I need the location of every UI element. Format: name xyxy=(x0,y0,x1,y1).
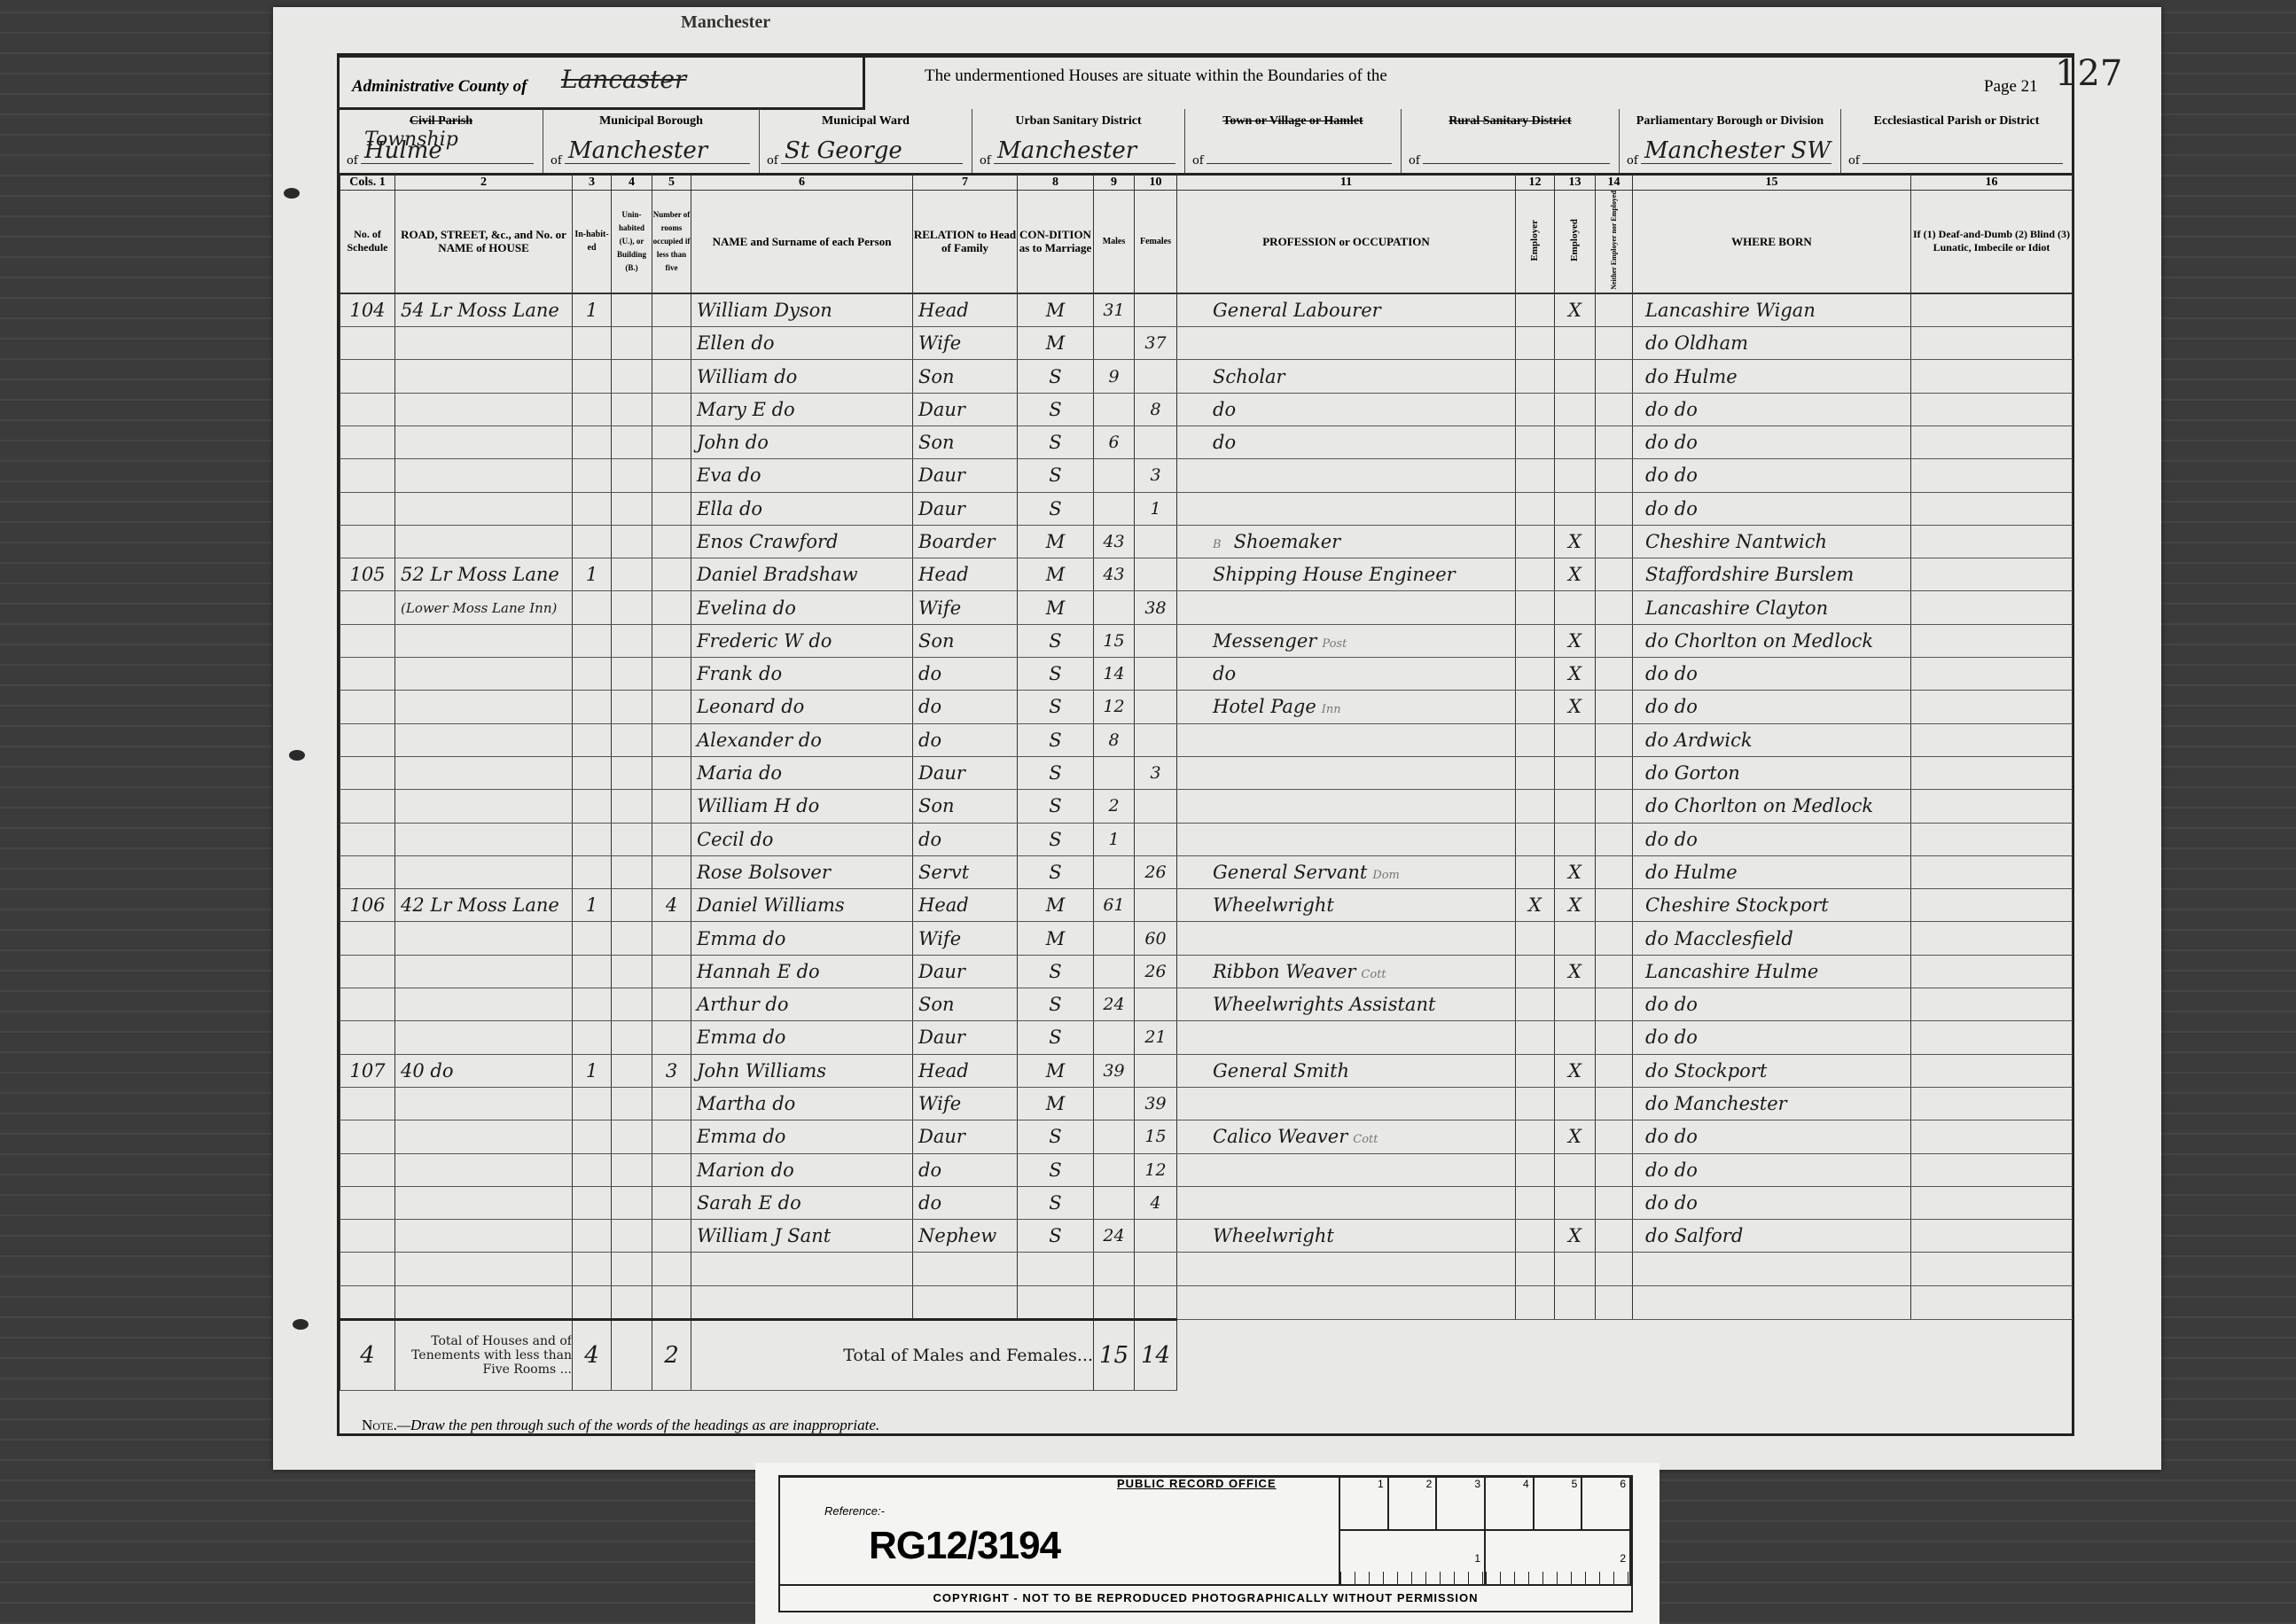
occupation-cell xyxy=(1177,790,1516,823)
occupation-cell: Ribbon WeaverCott xyxy=(1177,955,1516,988)
male-age-cell: 8 xyxy=(1094,723,1135,756)
employer-cell xyxy=(1516,790,1555,823)
inhabited-cell xyxy=(573,525,612,558)
employer-cell xyxy=(1516,723,1555,756)
infirmity-cell xyxy=(1911,525,2073,558)
ruler-inch: 1 2 xyxy=(1340,1531,1631,1584)
occupation-text: Messenger xyxy=(1213,630,1316,652)
where-born-cell: do do xyxy=(1633,1120,1911,1153)
occupation-annotation: Cott xyxy=(1353,1133,1378,1146)
name-cell: John Williams xyxy=(691,1054,913,1087)
employer-cell xyxy=(1516,1120,1555,1153)
table-row: Emma doDaurS21do do xyxy=(340,1021,2073,1054)
inhabited-cell xyxy=(573,855,612,888)
uninhabited-cell xyxy=(612,360,652,393)
total-schedules: 4 xyxy=(340,1319,395,1390)
rooms-cell xyxy=(652,723,691,756)
occupation-annotation: Cott xyxy=(1361,968,1386,981)
infirmity-cell xyxy=(1911,790,2073,823)
name-cell: Frederic W do xyxy=(691,624,913,657)
female-age-cell: 38 xyxy=(1135,591,1177,624)
employed-cell xyxy=(1555,327,1596,360)
of-label: of xyxy=(980,154,991,168)
total-houses-label: Total of Houses and of Tenements with le… xyxy=(395,1319,573,1390)
table-row: Arthur doSonS24Wheelwrights Assistantdo … xyxy=(340,988,2073,1021)
uninhabited-cell xyxy=(612,823,652,855)
occupation-cell xyxy=(1177,459,1516,492)
where-born-cell: do do xyxy=(1633,1186,1911,1219)
road-cell xyxy=(395,624,573,657)
totals-blank xyxy=(1177,1319,2073,1390)
employed-cell xyxy=(1555,790,1596,823)
occupation-cell xyxy=(1177,327,1516,360)
rooms-cell xyxy=(652,855,691,888)
condition-cell: S xyxy=(1018,492,1094,525)
relation-cell: do xyxy=(913,1186,1018,1219)
ruler-tick: 2 xyxy=(1389,1478,1438,1529)
name-cell: Hannah E do xyxy=(691,955,913,988)
condition-cell: S xyxy=(1018,955,1094,988)
occupation-cell: General Smith xyxy=(1177,1054,1516,1087)
where-born-cell: do Chorlton on Medlock xyxy=(1633,790,1911,823)
header-rooms: Number of rooms occupied if less than fi… xyxy=(652,191,691,293)
employer-label: Employer xyxy=(1528,220,1542,261)
inhabited-cell: 1 xyxy=(573,889,612,922)
boundary-town-village: Town or Village or Hamlet of xyxy=(1185,109,1402,173)
inhabited-cell xyxy=(573,492,612,525)
table-row: Cecil dodoS1do do xyxy=(340,823,2073,855)
infirmity-cell xyxy=(1911,1021,2073,1054)
where-born-cell: do do xyxy=(1633,393,1911,426)
inhabited-cell xyxy=(573,790,612,823)
uninhabited-cell xyxy=(612,1186,652,1219)
relation-cell: Daur xyxy=(913,756,1018,789)
road-cell xyxy=(395,426,573,458)
name-cell: Frank do xyxy=(691,658,913,691)
fill-line xyxy=(1207,163,1392,164)
table-row: Mary E doDaurS8dodo do xyxy=(340,393,2073,426)
female-age-cell: 26 xyxy=(1135,855,1177,888)
ruler-tick: 1 xyxy=(1340,1531,1486,1584)
rooms-cell xyxy=(652,1120,691,1153)
occupation-cell xyxy=(1177,1285,1516,1319)
neither-cell xyxy=(1596,624,1633,657)
employed-cell xyxy=(1555,1087,1596,1120)
table-row: Hannah E doDaurS26Ribbon WeaverCottXLanc… xyxy=(340,955,2073,988)
table-row: Alexander dodoS8do Ardwick xyxy=(340,723,2073,756)
uninhabited-cell xyxy=(612,393,652,426)
female-age-cell xyxy=(1135,558,1177,591)
where-born-cell: do Manchester xyxy=(1633,1087,1911,1120)
male-age-cell xyxy=(1094,327,1135,360)
road-cell: (Lower Moss Lane Inn) xyxy=(395,591,573,624)
where-born-cell: Cheshire Stockport xyxy=(1633,889,1911,922)
reference-label: Reference:- xyxy=(824,1504,885,1518)
of-label: of xyxy=(347,154,358,168)
where-born-cell: do do xyxy=(1633,1153,1911,1186)
male-age-cell xyxy=(1094,459,1135,492)
occupation-annotation: Post xyxy=(1322,637,1347,651)
occupation-cell: Calico WeaverCott xyxy=(1177,1120,1516,1153)
employer-cell xyxy=(1516,855,1555,888)
table-row: Frederic W doSonS15MessengerPostXdo Chor… xyxy=(340,624,2073,657)
road-cell xyxy=(395,790,573,823)
total-mf-label: Total of Males and Females... xyxy=(691,1319,1094,1390)
uninhabited-cell xyxy=(612,525,652,558)
col-num: 7 xyxy=(913,174,1018,191)
neither-cell xyxy=(1596,492,1633,525)
rooms-cell xyxy=(652,293,691,327)
rooms-cell xyxy=(652,988,691,1021)
inhabited-cell xyxy=(573,1021,612,1054)
infirmity-cell xyxy=(1911,855,2073,888)
schedule-cell xyxy=(340,492,395,525)
schedule-cell xyxy=(340,591,395,624)
where-born-cell: do Macclesfield xyxy=(1633,922,1911,955)
rooms-cell xyxy=(652,691,691,723)
rooms-cell xyxy=(652,1285,691,1319)
archive-heading: PUBLIC RECORD OFFICE xyxy=(1117,1477,1277,1490)
occupation-cell: Wheelwright xyxy=(1177,889,1516,922)
totals-section: 4 Total of Houses and of Tenements with … xyxy=(340,1319,2073,1390)
condition-cell: M xyxy=(1018,327,1094,360)
road-cell xyxy=(395,459,573,492)
condition-cell: S xyxy=(1018,1186,1094,1219)
neither-cell xyxy=(1596,1285,1633,1319)
punch-hole xyxy=(284,188,300,199)
col-num: Cols. 1 xyxy=(340,174,395,191)
table-row: Frank dodoS14doXdo do xyxy=(340,658,2073,691)
schedule-cell xyxy=(340,691,395,723)
boundary-label: Civil Parish xyxy=(410,114,472,128)
table-row: Rose BolsoverServtS26General ServantDomX… xyxy=(340,855,2073,888)
male-age-cell: 14 xyxy=(1094,658,1135,691)
rooms-cell xyxy=(652,922,691,955)
where-born-cell xyxy=(1633,1285,1911,1319)
totals-row: 4 Total of Houses and of Tenements with … xyxy=(340,1319,2073,1390)
occupation-cell xyxy=(1177,1087,1516,1120)
inhabited-cell: 1 xyxy=(573,558,612,591)
rooms-cell: 4 xyxy=(652,889,691,922)
place-stamp: Manchester xyxy=(681,12,770,33)
table-row: Enos CrawfordBoarderM43BShoemakerXCheshi… xyxy=(340,525,2073,558)
relation-cell: do xyxy=(913,823,1018,855)
male-age-cell: 6 xyxy=(1094,426,1135,458)
female-age-cell xyxy=(1135,1220,1177,1253)
female-age-cell xyxy=(1135,1253,1177,1285)
table-row: William doSonS9Scholardo Hulme xyxy=(340,360,2073,393)
schedule-cell xyxy=(340,525,395,558)
employed-label: Employed xyxy=(1568,219,1581,262)
schedule-cell xyxy=(340,855,395,888)
header-inhabited: In-habit-ed xyxy=(573,191,612,293)
employed-cell xyxy=(1555,1285,1596,1319)
employer-cell xyxy=(1516,426,1555,458)
name-cell: Enos Crawford xyxy=(691,525,913,558)
name-cell: Daniel Bradshaw xyxy=(691,558,913,591)
punch-hole xyxy=(289,750,305,761)
relation-cell xyxy=(913,1253,1018,1285)
relation-cell: Son xyxy=(913,988,1018,1021)
occupation-text: General Labourer xyxy=(1213,300,1381,321)
road-cell xyxy=(395,823,573,855)
table-row: Eva doDaurS3do do xyxy=(340,459,2073,492)
uninhabited-cell xyxy=(612,922,652,955)
employer-cell xyxy=(1516,691,1555,723)
condition-cell: S xyxy=(1018,756,1094,789)
rooms-cell xyxy=(652,756,691,789)
inhabited-cell: 1 xyxy=(573,293,612,327)
road-cell xyxy=(395,723,573,756)
header-males: Males xyxy=(1094,191,1135,293)
infirmity-cell xyxy=(1911,1153,2073,1186)
female-age-cell: 1 xyxy=(1135,492,1177,525)
neither-cell xyxy=(1596,327,1633,360)
female-age-cell xyxy=(1135,691,1177,723)
name-cell: Cecil do xyxy=(691,823,913,855)
footnote-text: —Draw the pen through such of the words … xyxy=(397,1417,879,1433)
female-age-cell: 3 xyxy=(1135,459,1177,492)
where-born-cell: do Ardwick xyxy=(1633,723,1911,756)
name-cell: Marion do xyxy=(691,1153,913,1186)
female-age-cell: 12 xyxy=(1135,1153,1177,1186)
inhabited-cell xyxy=(573,459,612,492)
employer-cell xyxy=(1516,624,1555,657)
female-age-cell xyxy=(1135,823,1177,855)
relation-cell: Son xyxy=(913,790,1018,823)
name-cell: Rose Bolsover xyxy=(691,855,913,888)
condition-cell: S xyxy=(1018,426,1094,458)
employer-cell xyxy=(1516,558,1555,591)
schedule-cell: 105 xyxy=(340,558,395,591)
male-age-cell xyxy=(1094,1087,1135,1120)
employed-cell: X xyxy=(1555,1120,1596,1153)
inhabited-cell xyxy=(573,955,612,988)
header-occupation: PROFESSION or OCCUPATION xyxy=(1177,191,1516,293)
col-num: 2 xyxy=(395,174,573,191)
schedule-cell xyxy=(340,1087,395,1120)
occupation-cell xyxy=(1177,723,1516,756)
female-age-cell xyxy=(1135,1054,1177,1087)
male-age-cell xyxy=(1094,1253,1135,1285)
rooms-cell xyxy=(652,1253,691,1285)
uninhabited-cell xyxy=(612,1054,652,1087)
relation-cell: Daur xyxy=(913,459,1018,492)
schedule-cell xyxy=(340,823,395,855)
schedule-cell xyxy=(340,393,395,426)
occupation-cell: Shipping House Engineer xyxy=(1177,558,1516,591)
relation-cell: Wife xyxy=(913,922,1018,955)
table-row: Marion dodoS12do do xyxy=(340,1153,2073,1186)
inhabited-cell xyxy=(573,691,612,723)
male-age-cell: 24 xyxy=(1094,988,1135,1021)
employed-cell xyxy=(1555,1153,1596,1186)
neither-cell xyxy=(1596,1054,1633,1087)
where-born-cell: do do xyxy=(1633,426,1911,458)
of-label: of xyxy=(551,154,562,168)
name-cell: Ella do xyxy=(691,492,913,525)
condition-cell: S xyxy=(1018,1120,1094,1153)
occupation-text: do xyxy=(1213,399,1236,420)
relation-cell: do xyxy=(913,723,1018,756)
table-row: Martha doWifeM39do Manchester xyxy=(340,1087,2073,1120)
road-cell xyxy=(395,1253,573,1285)
relation-cell: Wife xyxy=(913,591,1018,624)
employer-cell xyxy=(1516,823,1555,855)
schedule-cell xyxy=(340,426,395,458)
uninhabited-cell xyxy=(612,426,652,458)
name-cell: William Dyson xyxy=(691,293,913,327)
neither-cell xyxy=(1596,1186,1633,1219)
occupation-cell xyxy=(1177,492,1516,525)
of-label: of xyxy=(1192,154,1204,168)
male-age-cell xyxy=(1094,1186,1135,1219)
road-cell xyxy=(395,955,573,988)
employed-cell xyxy=(1555,426,1596,458)
uninhabited-cell xyxy=(612,591,652,624)
neither-cell xyxy=(1596,889,1633,922)
infirmity-cell xyxy=(1911,624,2073,657)
female-age-cell xyxy=(1135,723,1177,756)
schedule-cell xyxy=(340,790,395,823)
employer-cell xyxy=(1516,1253,1555,1285)
infirmity-cell xyxy=(1911,426,2073,458)
rooms-cell xyxy=(652,1153,691,1186)
female-age-cell xyxy=(1135,525,1177,558)
name-cell: Emma do xyxy=(691,1021,913,1054)
schedule-cell: 106 xyxy=(340,889,395,922)
uninhabited-cell xyxy=(612,558,652,591)
rooms-cell xyxy=(652,823,691,855)
road-cell xyxy=(395,360,573,393)
employed-cell: X xyxy=(1555,658,1596,691)
inhabited-cell xyxy=(573,327,612,360)
boundary-label: Urban Sanitary District xyxy=(972,114,1184,129)
condition-cell xyxy=(1018,1253,1094,1285)
uninhabited-cell xyxy=(612,293,652,327)
road-cell xyxy=(395,922,573,955)
infirmity-cell xyxy=(1911,1220,2073,1253)
col-num: 10 xyxy=(1135,174,1177,191)
where-born-cell: do Oldham xyxy=(1633,327,1911,360)
relation-cell xyxy=(913,1285,1018,1319)
ruler-tick: 1 xyxy=(1340,1478,1389,1529)
infirmity-cell xyxy=(1911,492,2073,525)
header-relation: RELATION to Head of Family xyxy=(913,191,1018,293)
uninhabited-cell xyxy=(612,855,652,888)
female-age-cell: 60 xyxy=(1135,922,1177,955)
ruler-cm: 1 2 3 4 5 6 xyxy=(1340,1478,1631,1531)
uninhabited-cell xyxy=(612,624,652,657)
uninhabited-cell xyxy=(612,459,652,492)
table-row: 10454 Lr Moss Lane1William DysonHeadM31G… xyxy=(340,293,2073,327)
neither-cell xyxy=(1596,1021,1633,1054)
ruler-tick: 2 xyxy=(1486,1531,1631,1584)
occupation-text: do xyxy=(1213,432,1236,453)
employer-cell xyxy=(1516,1054,1555,1087)
condition-cell: M xyxy=(1018,889,1094,922)
infirmity-cell xyxy=(1911,1087,2073,1120)
boundary-urban-sanitary: Urban Sanitary District of Manchester xyxy=(972,109,1185,173)
neither-cell xyxy=(1596,691,1633,723)
road-cell xyxy=(395,1120,573,1153)
condition-cell: M xyxy=(1018,1087,1094,1120)
condition-cell: S xyxy=(1018,988,1094,1021)
boundary-label: Town or Village or Hamlet xyxy=(1185,114,1401,129)
inhabited-cell xyxy=(573,1153,612,1186)
female-age-cell xyxy=(1135,1285,1177,1319)
condition-cell: M xyxy=(1018,558,1094,591)
neither-cell xyxy=(1596,1220,1633,1253)
ruler-tick: 3 xyxy=(1437,1478,1486,1529)
schedule-cell xyxy=(340,1186,395,1219)
rooms-cell xyxy=(652,459,691,492)
employed-cell xyxy=(1555,459,1596,492)
name-cell: Sarah E do xyxy=(691,1186,913,1219)
rooms-cell xyxy=(652,955,691,988)
employer-cell: X xyxy=(1516,889,1555,922)
occupation-text: General Smith xyxy=(1213,1060,1349,1081)
ruler-tick: 4 xyxy=(1486,1478,1535,1529)
occupation-text: Wheelwright xyxy=(1213,894,1334,916)
female-age-cell xyxy=(1135,658,1177,691)
boundary-municipal-borough: Municipal Borough of Manchester xyxy=(543,109,760,173)
where-born-cell: Lancashire Clayton xyxy=(1633,591,1911,624)
condition-cell: S xyxy=(1018,1021,1094,1054)
name-cell xyxy=(691,1285,913,1319)
name-cell: Ellen do xyxy=(691,327,913,360)
table-row: Maria doDaurS3do Gorton xyxy=(340,756,2073,789)
male-age-cell xyxy=(1094,492,1135,525)
where-born-cell xyxy=(1633,1253,1911,1285)
female-age-cell: 21 xyxy=(1135,1021,1177,1054)
condition-cell: S xyxy=(1018,790,1094,823)
uninhabited-cell xyxy=(612,1021,652,1054)
where-born-cell: do do xyxy=(1633,459,1911,492)
female-age-cell: 37 xyxy=(1135,327,1177,360)
occupation-cell: do xyxy=(1177,658,1516,691)
reference-number: RG12/3194 xyxy=(869,1524,1060,1568)
col-num: 3 xyxy=(573,174,612,191)
male-age-cell xyxy=(1094,393,1135,426)
header-employed: Employed xyxy=(1555,191,1596,293)
neither-cell xyxy=(1596,723,1633,756)
occupation-cell xyxy=(1177,922,1516,955)
uninhabited-cell xyxy=(612,1285,652,1319)
occupation-cell: Wheelwrights Assistant xyxy=(1177,988,1516,1021)
infirmity-cell xyxy=(1911,889,2073,922)
occupation-cell: General ServantDom xyxy=(1177,855,1516,888)
table-row: (Lower Moss Lane Inn)Evelina doWifeM38La… xyxy=(340,591,2073,624)
female-age-cell xyxy=(1135,889,1177,922)
inhabited-cell xyxy=(573,723,612,756)
relation-cell: Head xyxy=(913,889,1018,922)
infirmity-cell xyxy=(1911,955,2073,988)
name-cell: Martha do xyxy=(691,1087,913,1120)
form-title: The undermentioned Houses are situate wi… xyxy=(925,66,1387,86)
county-value: Lancaster xyxy=(561,65,686,94)
condition-cell: M xyxy=(1018,525,1094,558)
name-cell: Emma do xyxy=(691,1120,913,1153)
where-born-cell: do do xyxy=(1633,492,1911,525)
occupation-text: Scholar xyxy=(1213,366,1285,387)
header-where-born: WHERE BORN xyxy=(1633,191,1911,293)
neither-cell xyxy=(1596,1120,1633,1153)
male-age-cell: 24 xyxy=(1094,1220,1135,1253)
female-age-cell: 4 xyxy=(1135,1186,1177,1219)
infirmity-cell xyxy=(1911,1285,2073,1319)
footnote: Note.—Draw the pen through such of the w… xyxy=(362,1417,879,1434)
